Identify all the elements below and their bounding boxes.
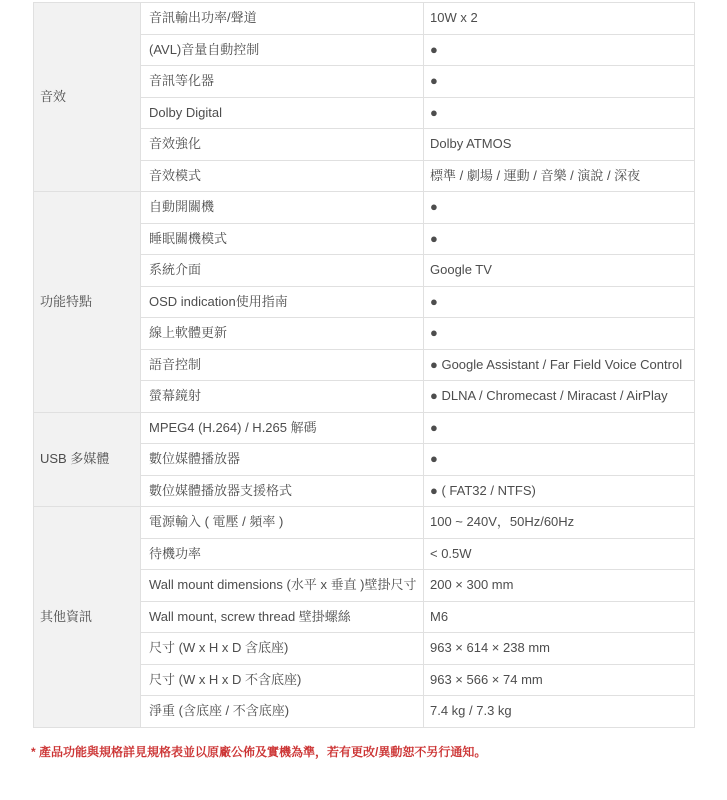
spec-label: Wall mount, screw thread 壁掛螺絲 <box>141 601 424 633</box>
spec-label: 音效模式 <box>141 160 424 192</box>
spec-value: ● Google Assistant / Far Field Voice Con… <box>424 349 695 381</box>
spec-value: < 0.5W <box>424 538 695 570</box>
spec-value: ● <box>424 66 695 98</box>
spec-label: 音訊等化器 <box>141 66 424 98</box>
spec-label: 電源輸入 ( 電壓 / 頻率 ) <box>141 507 424 539</box>
spec-value: ● <box>424 286 695 318</box>
spec-label: (AVL)音量自動控制 <box>141 34 424 66</box>
spec-value: 10W x 2 <box>424 3 695 35</box>
spec-value: ● <box>424 34 695 66</box>
category-cell: 其他資訊 <box>34 507 141 728</box>
spec-value: M6 <box>424 601 695 633</box>
spec-label: 系統介面 <box>141 255 424 287</box>
spec-value: ● <box>424 318 695 350</box>
spec-label: 線上軟體更新 <box>141 318 424 350</box>
category-cell: 功能特點 <box>34 192 141 413</box>
category-cell: 音效 <box>34 3 141 192</box>
spec-value: Dolby ATMOS <box>424 129 695 161</box>
spec-value: ● <box>424 223 695 255</box>
category-cell: USB 多媒體 <box>34 412 141 507</box>
spec-label: MPEG4 (H.264) / H.265 解碼 <box>141 412 424 444</box>
spec-value: 963 × 614 × 238 mm <box>424 633 695 665</box>
spec-label: OSD indication使用指南 <box>141 286 424 318</box>
spec-label: Wall mount dimensions (水平 x 垂直 )壁掛尺寸 <box>141 570 424 602</box>
spec-label: 音訊輸出功率/聲道 <box>141 3 424 35</box>
spec-label: Dolby Digital <box>141 97 424 129</box>
spec-row: 功能特點自動開關機● <box>34 192 695 224</box>
spec-row: USB 多媒體MPEG4 (H.264) / H.265 解碼● <box>34 412 695 444</box>
spec-table-body: 音效音訊輸出功率/聲道10W x 2(AVL)音量自動控制●音訊等化器●Dolb… <box>34 3 695 728</box>
spec-value: Google TV <box>424 255 695 287</box>
spec-label: 語音控制 <box>141 349 424 381</box>
spec-value: ● DLNA / Chromecast / Miracast / AirPlay <box>424 381 695 413</box>
spec-label: 音效強化 <box>141 129 424 161</box>
spec-label: 淨重 (含底座 / 不含底座) <box>141 696 424 728</box>
spec-value: ● <box>424 192 695 224</box>
spec-label: 睡眠關機模式 <box>141 223 424 255</box>
spec-label: 數位媒體播放器支援格式 <box>141 475 424 507</box>
spec-value: ● <box>424 444 695 476</box>
spec-value: 100 ~ 240V，50Hz/60Hz <box>424 507 695 539</box>
spec-label: 螢幕鏡射 <box>141 381 424 413</box>
spec-value: ● ( FAT32 / NTFS) <box>424 475 695 507</box>
spec-value: 200 × 300 mm <box>424 570 695 602</box>
spec-row: 其他資訊電源輸入 ( 電壓 / 頻率 )100 ~ 240V，50Hz/60Hz <box>34 507 695 539</box>
spec-label: 自動開關機 <box>141 192 424 224</box>
spec-label: 待機功率 <box>141 538 424 570</box>
spec-label: 尺寸 (W x H x D 含底座) <box>141 633 424 665</box>
spec-value: ● <box>424 412 695 444</box>
spec-page: 音效音訊輸出功率/聲道10W x 2(AVL)音量自動控制●音訊等化器●Dolb… <box>0 2 727 800</box>
spec-value: 7.4 kg / 7.3 kg <box>424 696 695 728</box>
spec-table: 音效音訊輸出功率/聲道10W x 2(AVL)音量自動控制●音訊等化器●Dolb… <box>33 2 695 728</box>
spec-label: 數位媒體播放器 <box>141 444 424 476</box>
spec-row: 音效音訊輸出功率/聲道10W x 2 <box>34 3 695 35</box>
spec-value: 標準 / 劇場 / 運動 / 音樂 / 演說 / 深夜 <box>424 160 695 192</box>
spec-value: 963 × 566 × 74 mm <box>424 664 695 696</box>
spec-value: ● <box>424 97 695 129</box>
footnote: * 產品功能與規格詳見規格表並以原廠公佈及實機為準，若有更改/異動恕不另行通知。 <box>31 743 727 761</box>
spec-label: 尺寸 (W x H x D 不含底座) <box>141 664 424 696</box>
